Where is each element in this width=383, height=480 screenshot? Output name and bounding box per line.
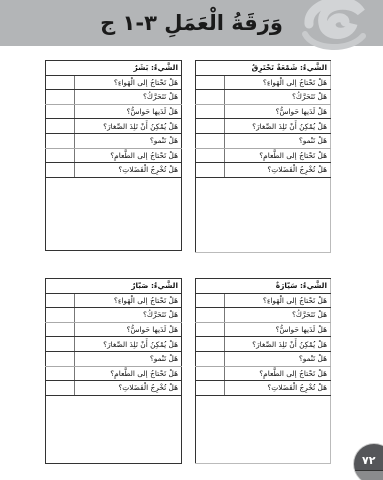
answer-cell[interactable] bbox=[46, 308, 75, 323]
answer-cell[interactable] bbox=[196, 308, 225, 323]
answer-cell[interactable] bbox=[196, 322, 225, 337]
answer-cell[interactable] bbox=[46, 351, 75, 366]
answer-cell[interactable] bbox=[46, 163, 75, 178]
question: هَلْ يُمْكِنُ أَنْ تَلِدَ الصِّغارَ؟ bbox=[225, 337, 331, 352]
blank-area bbox=[46, 395, 182, 463]
answer-cell[interactable] bbox=[196, 133, 225, 148]
answer-cell[interactable] bbox=[196, 163, 225, 178]
question: هَلْ تَنْمو؟ bbox=[225, 133, 331, 148]
blank-area bbox=[196, 395, 331, 463]
object-label: الشَّيءُ: بَشَرٌ bbox=[46, 61, 182, 76]
question: هَلْ تَتَحَرَّكُ؟ bbox=[75, 90, 182, 105]
worksheet-table-car: الشَّيءُ: سَيّارَةٌ هَلْ تَحْتاجُ إلى ال… bbox=[195, 278, 331, 464]
answer-cell[interactable] bbox=[46, 104, 75, 119]
question: هَلْ لَدَيها حَواسُّ؟ bbox=[225, 104, 331, 119]
worksheet-table-cactus: الشَّيءُ: صَبّارٌ هَلْ تَحْتاجُ إلى الْه… bbox=[45, 278, 182, 464]
question: هَلْ تَتَحَرَّكُ؟ bbox=[225, 90, 331, 105]
answer-cell[interactable] bbox=[46, 133, 75, 148]
question: هَلْ تَحْتاجُ إلى الْهَواءِ؟ bbox=[225, 75, 331, 90]
question: هَلْ تَحْتاجُ إلى الطَّعامِ؟ bbox=[75, 366, 182, 381]
page-number-badge: ٧٢ bbox=[354, 444, 383, 480]
answer-cell[interactable] bbox=[46, 148, 75, 163]
question: هَلْ تَنْمو؟ bbox=[225, 351, 331, 366]
question: هَلْ تَحْتاجُ إلى الْهَواءِ؟ bbox=[75, 75, 182, 90]
answer-cell[interactable] bbox=[46, 90, 75, 105]
object-label: الشَّيءُ: سَيّارَةٌ bbox=[196, 279, 331, 294]
badge-lower-band bbox=[354, 470, 383, 480]
question: هَلْ لَدَيها حَواسُّ؟ bbox=[225, 322, 331, 337]
question: هَلْ لَدَيها حَواسُّ؟ bbox=[75, 322, 182, 337]
question: هَلْ تُخْرِجُ الْفَضَلاتِ؟ bbox=[75, 381, 182, 396]
answer-cell[interactable] bbox=[196, 104, 225, 119]
answer-cell[interactable] bbox=[46, 293, 75, 308]
blank-area bbox=[46, 177, 182, 250]
answer-cell[interactable] bbox=[46, 119, 75, 134]
answer-cell[interactable] bbox=[196, 75, 225, 90]
answer-cell[interactable] bbox=[196, 119, 225, 134]
answer-cell[interactable] bbox=[196, 351, 225, 366]
worksheet-table-candle: الشَّيءُ: شَمْعَةٌ تَحْتَرِقُ هَلْ تَحْت… bbox=[195, 60, 331, 253]
answer-cell[interactable] bbox=[196, 90, 225, 105]
question: هَلْ يُمْكِنُ أَنْ تَلِدَ الصِّغارَ؟ bbox=[225, 119, 331, 134]
question: هَلْ تَحْتاجُ إلى الطَّعامِ؟ bbox=[225, 366, 331, 381]
question: هَلْ تَنْمو؟ bbox=[75, 351, 182, 366]
page-title: وَرَقَةُ الْعَمَلِ ٣-١ ج bbox=[0, 11, 383, 35]
blank-area bbox=[196, 177, 331, 252]
answer-cell[interactable] bbox=[46, 337, 75, 352]
worksheet-table-human: الشَّيءُ: بَشَرٌ هَلْ تَحْتاجُ إلى الْهَ… bbox=[45, 60, 182, 251]
question: هَلْ تَحْتاجُ إلى الطَّعامِ؟ bbox=[75, 148, 182, 163]
answer-cell[interactable] bbox=[196, 293, 225, 308]
question: هَلْ لَدَيها حَواسُّ؟ bbox=[75, 104, 182, 119]
question: هَلْ تَحْتاجُ إلى الطَّعامِ؟ bbox=[225, 148, 331, 163]
question: هَلْ تَتَحَرَّكُ؟ bbox=[75, 308, 182, 323]
question: هَلْ تَحْتاجُ إلى الْهَواءِ؟ bbox=[75, 293, 182, 308]
question: هَلْ يُمْكِنُ أَنْ تَلِدَ الصِّغارَ؟ bbox=[75, 337, 182, 352]
question: هَلْ تُخْرِجُ الْفَضَلاتِ؟ bbox=[75, 163, 182, 178]
answer-cell[interactable] bbox=[196, 148, 225, 163]
object-label: الشَّيءُ: شَمْعَةٌ تَحْتَرِقُ bbox=[196, 61, 331, 76]
answer-cell[interactable] bbox=[46, 366, 75, 381]
page-number: ٧٢ bbox=[362, 454, 375, 467]
question: هَلْ يُمْكِنُ أَنْ تَلِدَ الصِّغارَ؟ bbox=[75, 119, 182, 134]
question: هَلْ تُخْرِجُ الْفَضَلاتِ؟ bbox=[225, 163, 331, 178]
answer-cell[interactable] bbox=[46, 75, 75, 90]
question: هَلْ تَحْتاجُ إلى الْهَواءِ؟ bbox=[225, 293, 331, 308]
answer-cell[interactable] bbox=[46, 381, 75, 396]
answer-cell[interactable] bbox=[196, 337, 225, 352]
question: هَلْ تَنْمو؟ bbox=[75, 133, 182, 148]
answer-cell[interactable] bbox=[196, 366, 225, 381]
answer-cell[interactable] bbox=[46, 322, 75, 337]
question: هَلْ تُخْرِجُ الْفَضَلاتِ؟ bbox=[225, 381, 331, 396]
answer-cell[interactable] bbox=[196, 381, 225, 396]
question: هَلْ تَتَحَرَّكُ؟ bbox=[225, 308, 331, 323]
object-label: الشَّيءُ: صَبّارٌ bbox=[46, 279, 182, 294]
